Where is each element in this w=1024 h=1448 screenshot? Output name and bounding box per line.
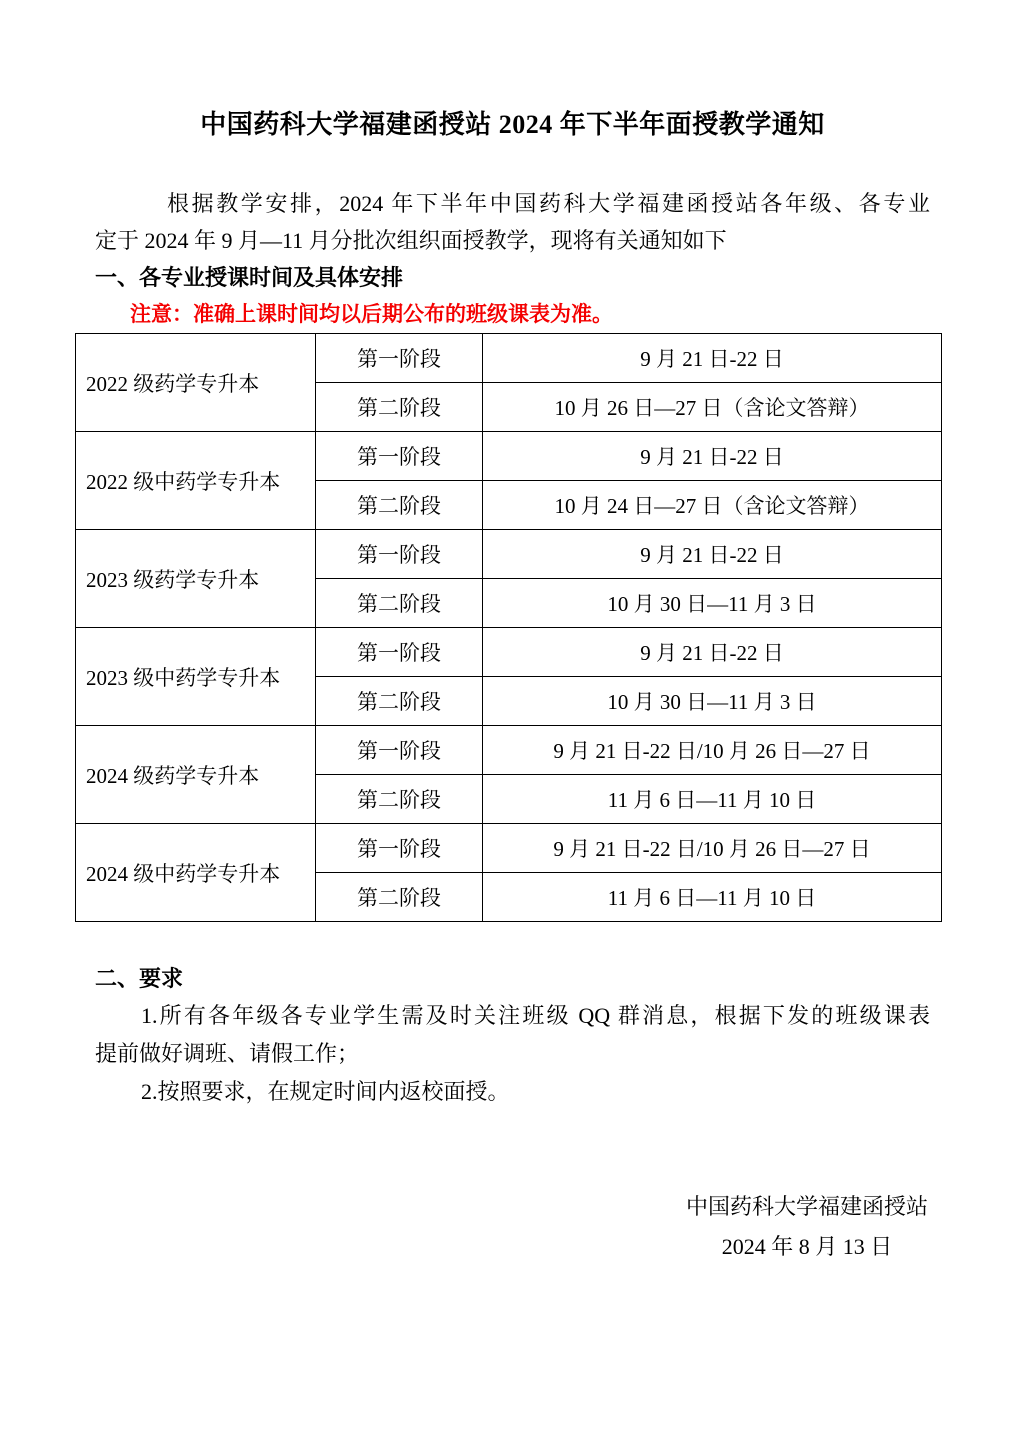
dates-cell: 9 月 21 日-22 日/10 月 26 日—27 日 — [483, 726, 942, 775]
stage-cell: 第一阶段 — [316, 334, 483, 383]
intro-paragraph: 根据教学安排，2024 年下半年中国药科大学福建函授站各年级、各专业 定于 20… — [95, 185, 930, 259]
stage-cell: 第二阶段 — [316, 775, 483, 824]
requirement-item-1-line-2: 提前做好调班、请假工作； — [95, 1035, 930, 1073]
requirement-item-1: 1.所有各年级各专业学生需及时关注班级 QQ 群消息，根据下发的班级课表 提前做… — [95, 997, 930, 1073]
stage-cell: 第二阶段 — [316, 677, 483, 726]
dates-cell: 9 月 21 日-22 日 — [483, 334, 942, 383]
stage-cell: 第一阶段 — [316, 824, 483, 873]
program-cell: 2022 级药学专升本 — [76, 334, 316, 432]
dates-cell: 11 月 6 日—11 月 10 日 — [483, 775, 942, 824]
stage-cell: 第一阶段 — [316, 726, 483, 775]
stage-cell: 第一阶段 — [316, 628, 483, 677]
stage-cell: 第二阶段 — [316, 873, 483, 922]
stage-cell: 第二阶段 — [316, 481, 483, 530]
notice-text: 注意：准确上课时间均以后期公布的班级课表为准。 — [95, 296, 930, 333]
document-page: 中国药科大学福建函授站 2024 年下半年面授教学通知 根据教学安排，2024 … — [0, 0, 1024, 1448]
table-row: 2023 级药学专升本 第一阶段 9 月 21 日-22 日 — [76, 530, 942, 579]
stage-cell: 第二阶段 — [316, 383, 483, 432]
dates-cell: 10 月 30 日—11 月 3 日 — [483, 579, 942, 628]
program-cell: 2023 级药学专升本 — [76, 530, 316, 628]
stage-cell: 第二阶段 — [316, 579, 483, 628]
program-cell: 2022 级中药学专升本 — [76, 432, 316, 530]
page-title: 中国药科大学福建函授站 2024 年下半年面授教学通知 — [95, 106, 930, 143]
requirement-item-2: 2.按照要求，在规定时间内返校面授。 — [95, 1073, 930, 1111]
dates-cell: 11 月 6 日—11 月 10 日 — [483, 873, 942, 922]
intro-line-2: 定于 2024 年 9 月—11 月分批次组织面授教学，现将有关通知如下 — [95, 222, 930, 259]
signature-block: 中国药科大学福建函授站 2024 年 8 月 13 日 — [686, 1187, 928, 1267]
dates-cell: 9 月 21 日-22 日 — [483, 432, 942, 481]
table-row: 2023 级中药学专升本 第一阶段 9 月 21 日-22 日 — [76, 628, 942, 677]
stage-cell: 第一阶段 — [316, 530, 483, 579]
requirement-item-1-line-1: 1.所有各年级各专业学生需及时关注班级 QQ 群消息，根据下发的班级课表 — [95, 997, 930, 1035]
intro-line-1: 根据教学安排，2024 年下半年中国药科大学福建函授站各年级、各专业 — [95, 185, 930, 222]
program-cell: 2024 级中药学专升本 — [76, 824, 316, 922]
table-row: 2024 级药学专升本 第一阶段 9 月 21 日-22 日/10 月 26 日… — [76, 726, 942, 775]
table-row: 2024 级中药学专升本 第一阶段 9 月 21 日-22 日/10 月 26 … — [76, 824, 942, 873]
dates-cell: 9 月 21 日-22 日/10 月 26 日—27 日 — [483, 824, 942, 873]
table-row: 2022 级中药学专升本 第一阶段 9 月 21 日-22 日 — [76, 432, 942, 481]
dates-cell: 10 月 30 日—11 月 3 日 — [483, 677, 942, 726]
program-cell: 2023 级中药学专升本 — [76, 628, 316, 726]
program-cell: 2024 级药学专升本 — [76, 726, 316, 824]
table-row: 2022 级药学专升本 第一阶段 9 月 21 日-22 日 — [76, 334, 942, 383]
section2-heading: 二、要求 — [95, 960, 930, 997]
dates-cell: 10 月 26 日—27 日（含论文答辩） — [483, 383, 942, 432]
signature-org: 中国药科大学福建函授站 — [686, 1187, 928, 1227]
document-content: 中国药科大学福建函授站 2024 年下半年面授教学通知 根据教学安排，2024 … — [0, 106, 1024, 1267]
signature-date: 2024 年 8 月 13 日 — [686, 1227, 928, 1267]
dates-cell: 9 月 21 日-22 日 — [483, 628, 942, 677]
schedule-table: 2022 级药学专升本 第一阶段 9 月 21 日-22 日 第二阶段 10 月… — [75, 333, 942, 922]
dates-cell: 9 月 21 日-22 日 — [483, 530, 942, 579]
section1-heading: 一、各专业授课时间及具体安排 — [95, 259, 930, 296]
dates-cell: 10 月 24 日—27 日（含论文答辩） — [483, 481, 942, 530]
stage-cell: 第一阶段 — [316, 432, 483, 481]
